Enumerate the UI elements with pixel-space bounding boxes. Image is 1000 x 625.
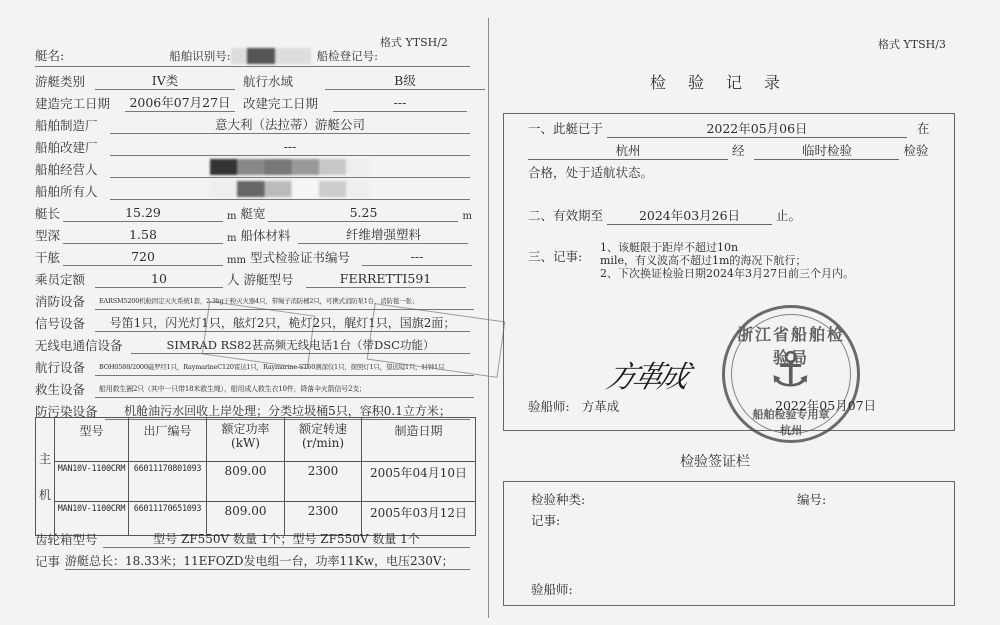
section2-line: 二、有效期至 2024年03月26日 止。 <box>528 206 801 225</box>
operator-row: 船舶经营人 <box>35 160 470 178</box>
beam-label: 艇宽 <box>240 204 268 222</box>
owner-value <box>110 183 470 200</box>
header-row: 艇名: 船舶识别号: 船检登记号: <box>35 46 470 67</box>
depth-label: 型深 <box>35 226 63 244</box>
model-label: 游艇型号 <box>244 270 306 288</box>
nav-area-label: 航行水域 <box>235 72 325 90</box>
crew-label: 乘员定额 <box>35 270 95 288</box>
freeboard-label: 干舷 <box>35 248 63 266</box>
surveyor-row: 验船师: 方革成 <box>528 397 619 415</box>
owner-label: 船舶所有人 <box>35 182 110 200</box>
engine-serial: 66011170801093 <box>129 462 207 502</box>
col-speed: 额定转速 (r/min) <box>285 418 362 462</box>
depth-unit: m <box>223 233 240 244</box>
remarks-label: 记事 <box>35 552 65 570</box>
gearbox-row: 齿轮箱型号 型号 ZF550V 数量 1个；型号 ZF550V 数量 1个 <box>35 530 470 548</box>
owner-redacted <box>210 181 370 197</box>
endorsement-number-label: 编号: <box>797 490 826 508</box>
engine-model: MAN10V-1100CRM <box>55 462 129 502</box>
class-row: 游艇类别 IV类 航行水域 B级 <box>35 72 485 90</box>
section2-suffix: 止。 <box>776 208 801 223</box>
side-label-bottom: 机 <box>36 477 54 513</box>
anchor-icon: ⚓ <box>769 342 812 398</box>
rebuilder-label: 船舶改建厂 <box>35 138 110 156</box>
nav-equipment-label: 航行设备 <box>35 358 95 376</box>
rebuilder-value: --- <box>110 139 470 156</box>
inspection-date: 2022年05月06日 <box>607 121 907 138</box>
col-speed-unit: (r/min) <box>285 436 361 450</box>
vessel-id-redacted <box>231 48 311 64</box>
rebuilder-row: 船舶改建厂 --- <box>35 138 470 156</box>
crew-value: 10 <box>95 271 223 288</box>
section1-via: 经 <box>732 143 745 158</box>
fire-equipment-label: 消防设备 <box>35 292 95 310</box>
section1-at: 在 <box>917 121 930 136</box>
surveyor-label: 验船师: <box>528 399 570 414</box>
inspection-type: 临时检验 <box>754 143 899 160</box>
engine-speed: 2300 <box>285 462 362 502</box>
endorsement-type-label: 检验种类: <box>531 490 585 508</box>
build-date-label: 建造完工日期 <box>35 94 125 112</box>
inspection-record-title: 检验记录 <box>650 70 802 93</box>
engine-power: 809.00 <box>207 462 285 502</box>
radio-equipment-label: 无线电通信设备 <box>35 336 131 354</box>
dimensions-row-1: 艇长 15.29 m 艇宽 5.25 m <box>35 204 476 222</box>
dimensions-row-2: 型深 1.58 m 船体材料 纤维增强塑料 <box>35 226 468 244</box>
nav-area-value: B级 <box>325 73 485 90</box>
note-line-3: 2、下次换证检验日期2024年3月27日前三个月内。 <box>600 267 854 280</box>
depth-value: 1.58 <box>63 227 223 244</box>
operator-label: 船舶经营人 <box>35 160 110 178</box>
rebuild-date-value: --- <box>333 95 467 112</box>
freeboard-value: 720 <box>63 249 223 266</box>
endorsement-surveyor-label: 验船师: <box>531 580 573 598</box>
main-engine-side-label: 主 机 <box>36 418 55 536</box>
engine-row: MAN10V-1100CRM 66011170801093 809.00 230… <box>36 462 476 502</box>
col-date: 制造日期 <box>362 418 476 462</box>
fire-equipment-value: EARSM5200机舱固定灭火系统1套，2.3kg干粉灭火器4只，带绳子消防桶2… <box>95 293 474 310</box>
type-cert-label: 型式检验证书编号 <box>250 248 362 266</box>
section1-line1: 一、此艇已于 2022年05月06日 在 <box>528 119 930 138</box>
vessel-id-label: 船舶识别号: <box>169 48 230 64</box>
side-label-top: 主 <box>36 441 54 477</box>
remarks-value: 游艇总长：18.33米；11EFOZD发电组一台，功率11Kw，电压230V； <box>65 553 470 570</box>
builder-row: 船舶制造厂 意大利（法拉蒂）游艇公司 <box>35 116 470 134</box>
freeboard-unit: mm <box>223 255 250 266</box>
section1-line2: 杭州 经 临时检验 检验 <box>528 141 928 160</box>
official-seal: 浙江省船舶检验局 ⚓ 船舶检验专用章 杭州 <box>722 305 860 443</box>
col-power: 额定功率 (kW) <box>207 418 285 462</box>
inspection-place: 杭州 <box>528 143 728 160</box>
col-serial: 出厂编号 <box>129 418 207 462</box>
format-code-right: 格式 YTSH/3 <box>878 36 946 52</box>
section3-label: 三、记事: <box>528 247 582 265</box>
hull-material-value: 纤维增强塑料 <box>298 227 468 244</box>
section3-notes: 1、该艇限于距岸不超过10n mile，有义波高不超过1m的海况下航行； 2、下… <box>600 241 854 280</box>
length-value: 15.29 <box>63 205 223 222</box>
freeboard-row: 干舷 720 mm 型式检验证书编号 --- <box>35 248 472 266</box>
section1-conclusion: 合格，处于适航状态。 <box>528 163 653 181</box>
gearbox-value: 型号 ZF550V 数量 1个；型号 ZF550V 数量 1个 <box>103 531 470 548</box>
sign-date: 2022年05月07日 <box>775 396 876 414</box>
operator-redacted <box>210 159 370 175</box>
build-date-row: 建造完工日期 2006年07月27日 改建完工日期 --- <box>35 94 467 112</box>
build-date-value: 2006年07月27日 <box>125 95 235 112</box>
hull-material-label: 船体材料 <box>240 226 298 244</box>
beam-value: 5.25 <box>268 205 458 222</box>
yacht-name-label: 艇名: <box>35 46 64 64</box>
owner-row: 船舶所有人 <box>35 182 470 200</box>
note-line-2: mile，有义波高不超过1m的海况下航行； <box>600 254 854 267</box>
col-model: 型号 <box>55 418 129 462</box>
surveyor-name: 方革成 <box>582 399 620 414</box>
beam-unit: m <box>458 211 475 222</box>
crew-unit: 人 <box>223 270 244 288</box>
length-label: 艇长 <box>35 204 63 222</box>
main-engine-table: 主 机 型号 出厂编号 额定功率 (kW) 额定转速 (r/min) 制造日期 … <box>35 417 476 536</box>
lifesaving-equipment-value: 船用救生圈2只（其中一只带18米救生绳），船用成人救生衣10件，降落伞火箭信号2… <box>95 381 474 398</box>
lifesaving-row: 救生设备 船用救生圈2只（其中一只带18米救生绳），船用成人救生衣10件，降落伞… <box>35 380 474 398</box>
yacht-class-label: 游艇类别 <box>35 72 95 90</box>
note-line-1: 1、该艇限于距岸不超过10n <box>600 241 854 254</box>
model-value: FERRETTI591 <box>306 271 466 288</box>
remarks-row: 记事 游艇总长：18.33米；11EFOZD发电组一台，功率11Kw，电压230… <box>35 552 470 570</box>
col-power-title: 额定功率 <box>207 422 284 436</box>
col-speed-title: 额定转速 <box>285 422 361 436</box>
col-power-unit: (kW) <box>207 436 284 450</box>
registry-no-label: 船检登记号: <box>317 48 378 64</box>
seal-city: 杭州 <box>735 422 847 438</box>
gearbox-label: 齿轮箱型号 <box>35 530 103 548</box>
section1-suffix: 检验 <box>903 143 928 158</box>
rebuild-date-label: 改建完工日期 <box>235 94 333 112</box>
builder-value: 意大利（法拉蒂）游艇公司 <box>110 117 470 134</box>
page-divider <box>488 18 489 618</box>
section2-prefix: 二、有效期至 <box>528 208 603 223</box>
engine-date: 2005年04月10日 <box>362 462 476 502</box>
endorsement-remarks-label: 记事: <box>531 511 560 529</box>
surveyor-signature: 方革成 <box>602 352 692 396</box>
type-cert-value: --- <box>362 249 472 266</box>
length-unit: m <box>223 211 240 222</box>
crew-row: 乘员定额 10 人 游艇型号 FERRETTI591 <box>35 270 466 288</box>
operator-value <box>110 161 470 178</box>
signal-equipment-label: 信号设备 <box>35 314 95 332</box>
yacht-class-value: IV类 <box>95 73 235 90</box>
engine-table-header: 主 机 型号 出厂编号 额定功率 (kW) 额定转速 (r/min) 制造日期 <box>36 418 476 462</box>
lifesaving-equipment-label: 救生设备 <box>35 380 95 398</box>
section1-prefix: 一、此艇已于 <box>528 121 603 136</box>
endorsement-title: 检验签证栏 <box>680 451 750 471</box>
valid-until-date: 2024年03月26日 <box>607 208 772 225</box>
builder-label: 船舶制造厂 <box>35 116 110 134</box>
vessel-particulars-page: 格式 YTSH/2 艇名: 船舶识别号: 船检登记号: 游艇类别 IV类 航行水… <box>0 0 488 625</box>
